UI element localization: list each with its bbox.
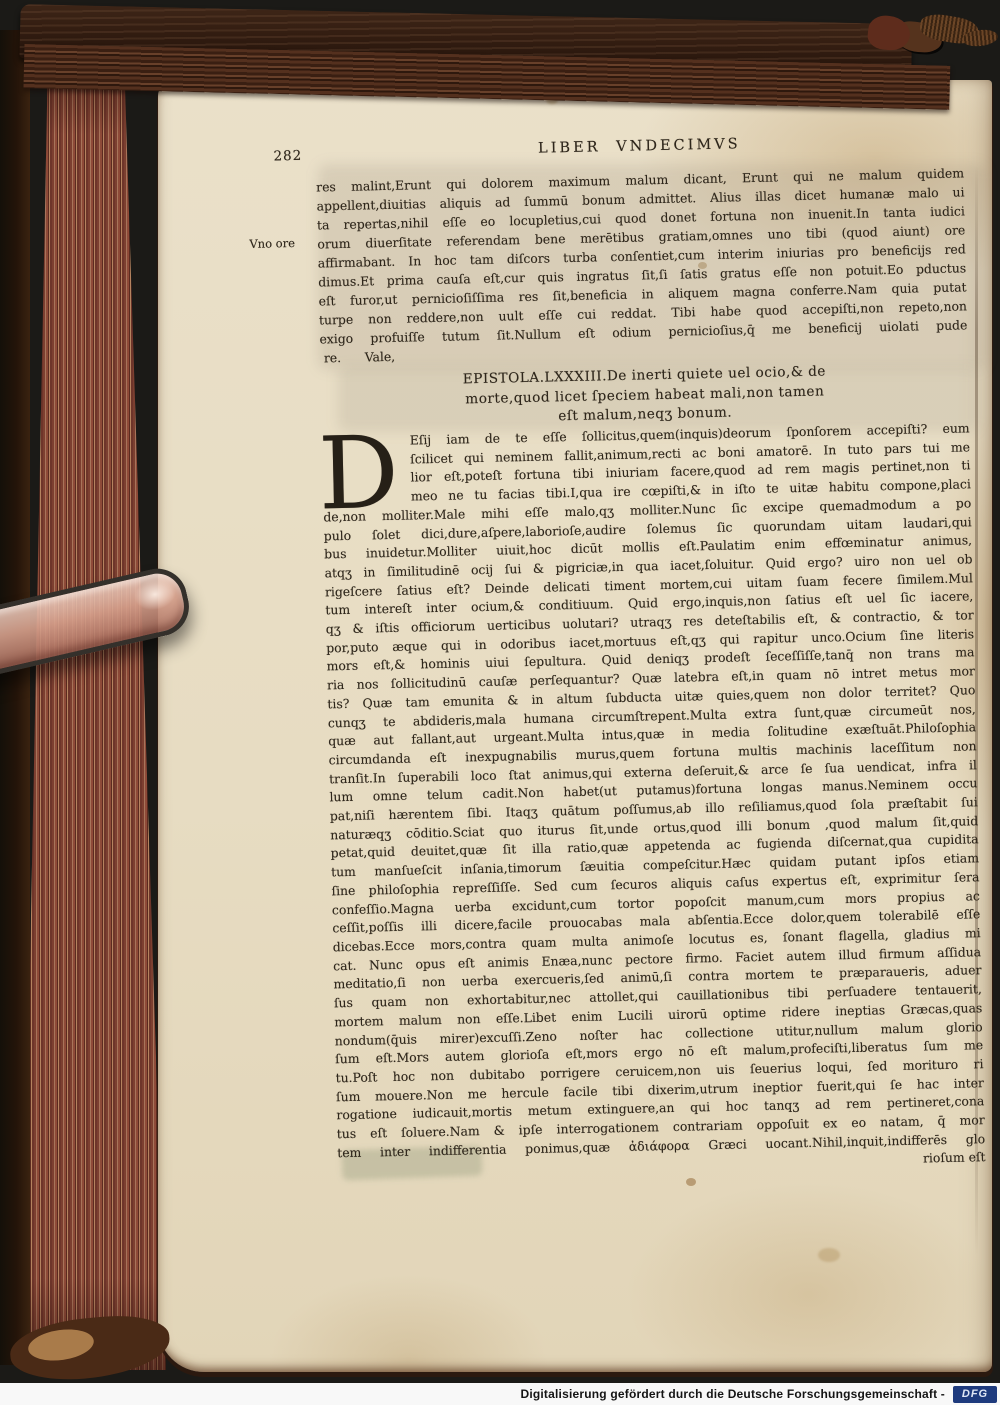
- dfg-logo-label: DFG: [962, 1388, 988, 1400]
- funding-credit-text: Digitalisierung gefördert durch die Deut…: [520, 1387, 945, 1401]
- epistle-body: Eſij iam de te eſſe ſollicitus,quem(inqu…: [322, 419, 986, 1162]
- book-cover-left-edge: [0, 30, 30, 1365]
- running-title: LIBER VNDECIMVS: [315, 131, 963, 161]
- page-number: 282: [273, 148, 302, 165]
- dfg-logo: DFG: [953, 1386, 997, 1403]
- book-photo: 282 LIBER VNDECIMVS Vno ore res malint,E…: [0, 0, 1000, 1383]
- paragraph-continuation: res malint,Erunt qui dolorem maximum mal…: [316, 163, 968, 367]
- margin-note: Vno ore: [249, 236, 295, 251]
- printed-text: 282 LIBER VNDECIMVS Vno ore res malint,E…: [144, 71, 1000, 1381]
- page-fore-edge-stack: [16, 56, 166, 1370]
- book-page: 282 LIBER VNDECIMVS Vno ore res malint,E…: [158, 80, 992, 1372]
- dfg-banner: Digitalisierung gefördert durch die Deut…: [0, 1383, 1000, 1405]
